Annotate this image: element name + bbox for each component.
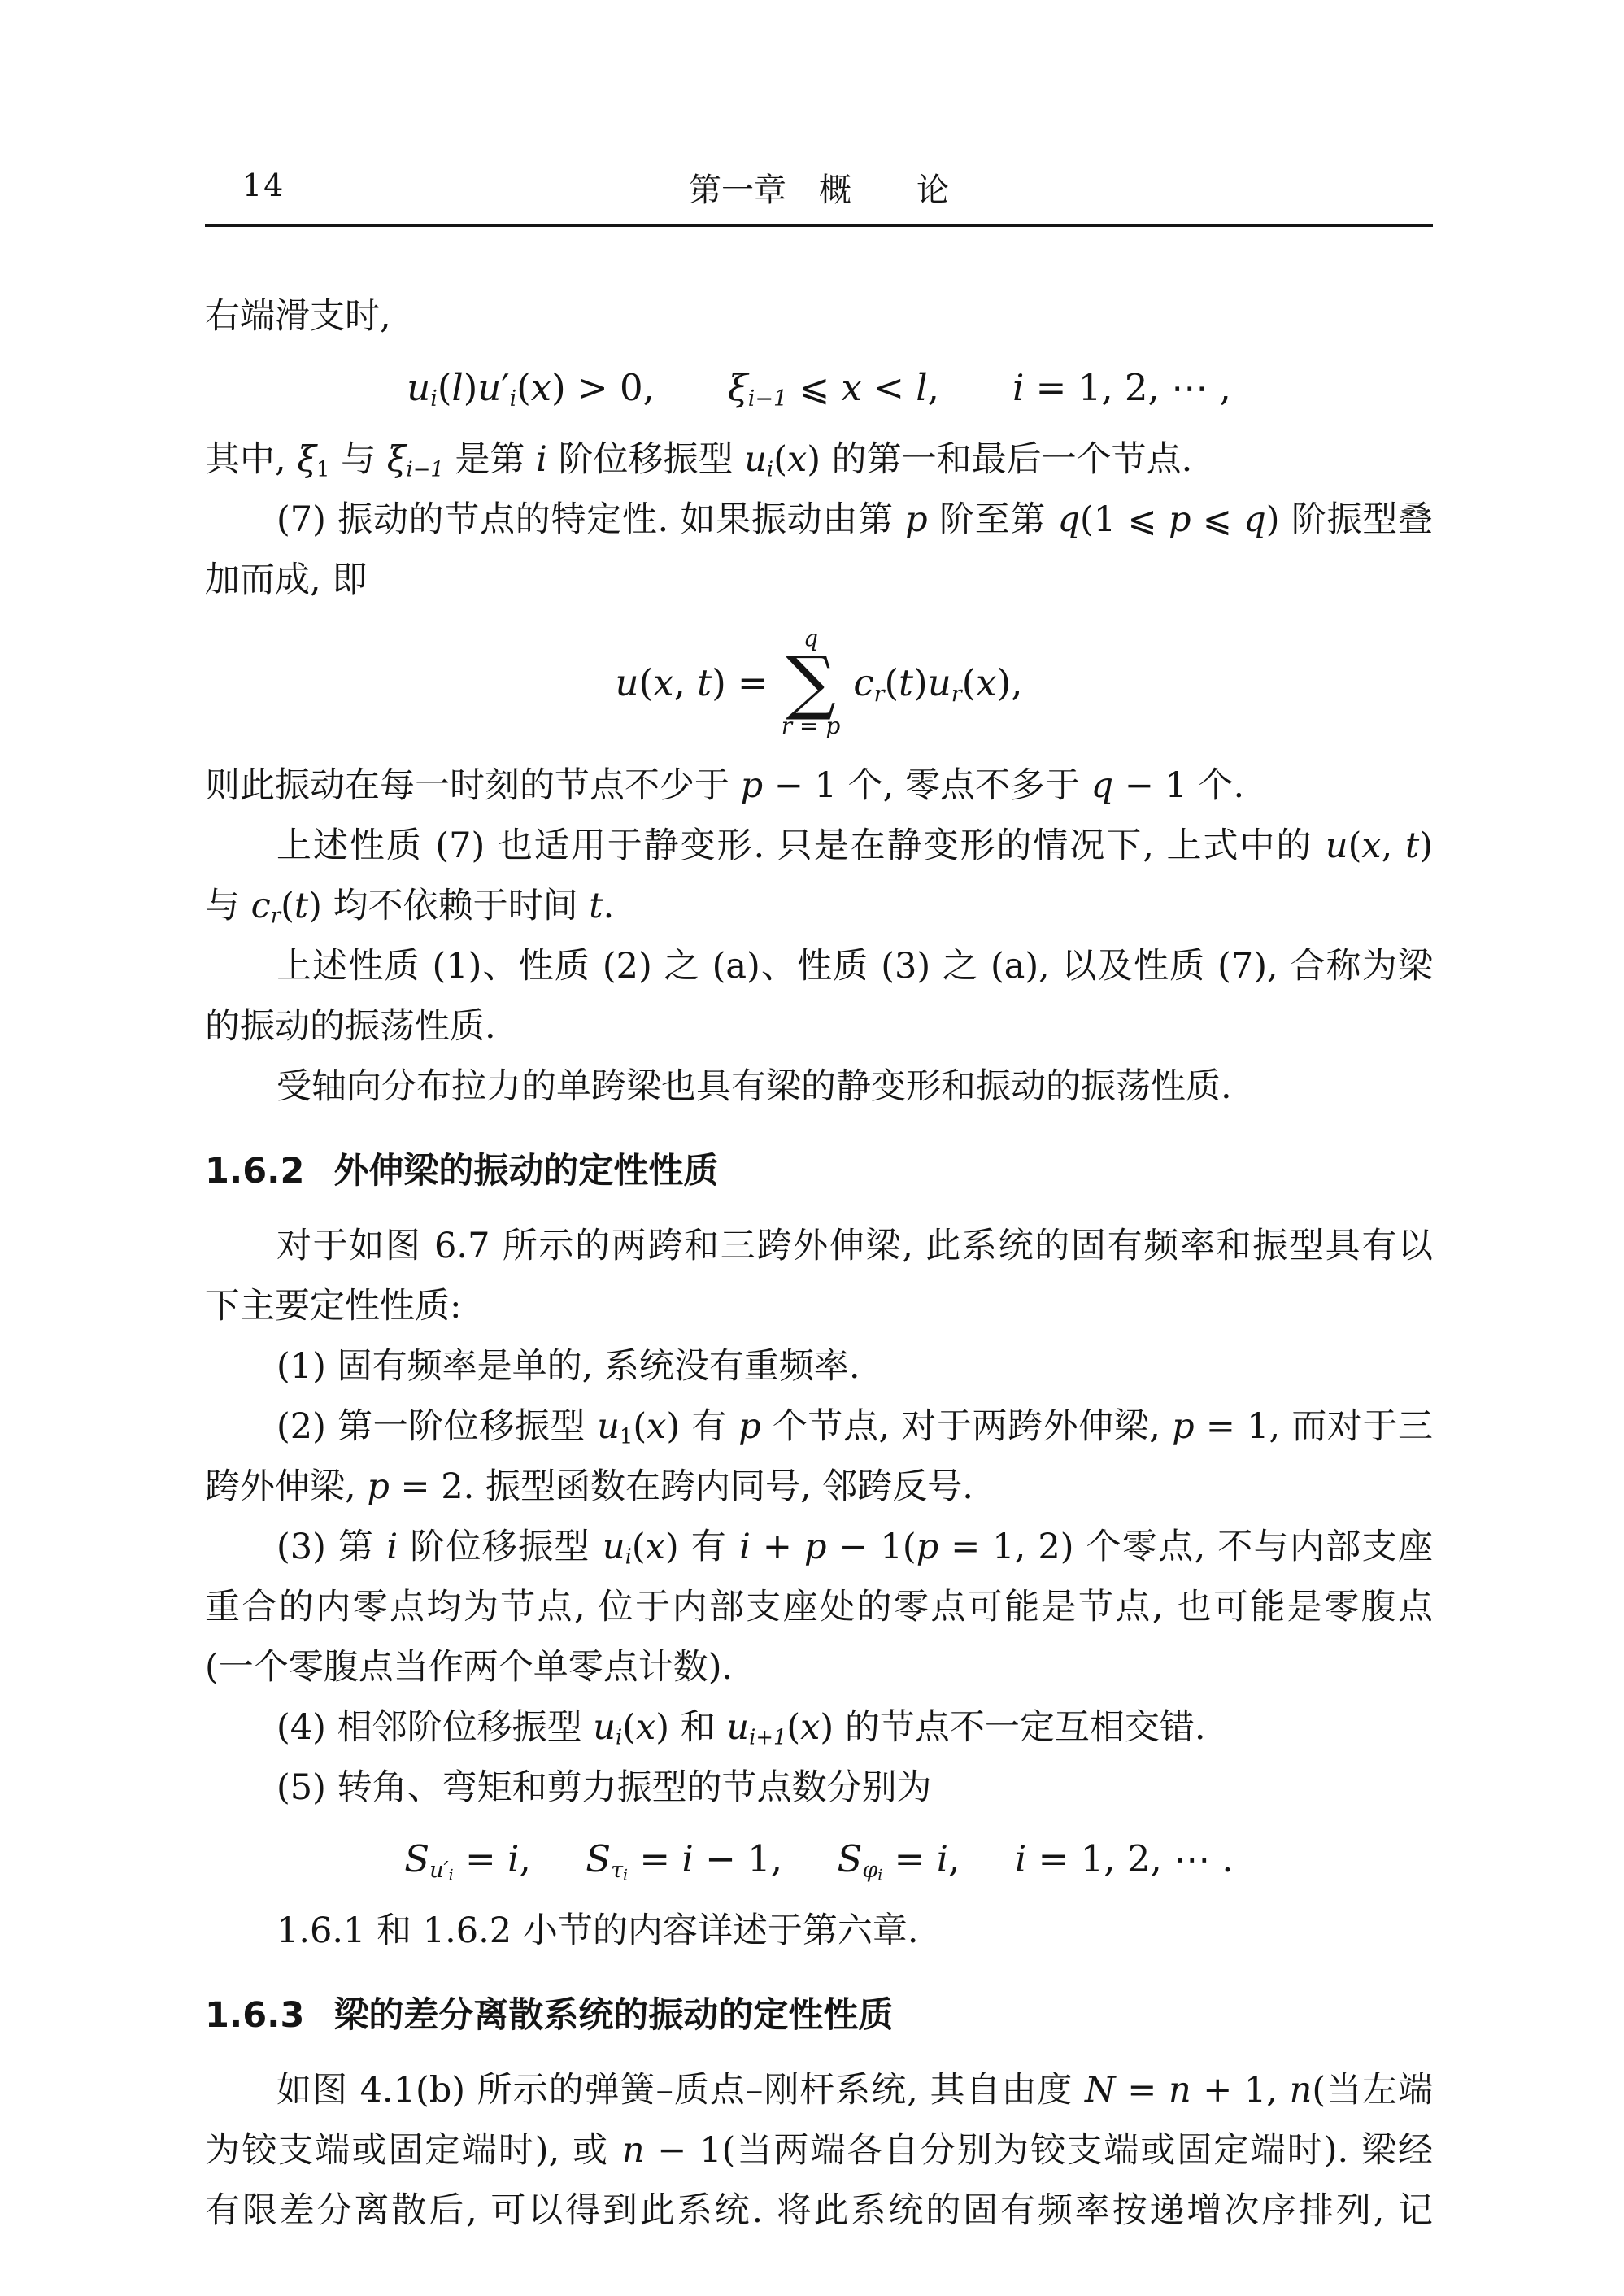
text-run: 阶位移振型 [547,439,744,480]
text-run: 的振动的振荡性质. [205,1006,496,1047]
text-run: u [477,366,501,409]
text-run: ξ [728,366,748,409]
text-run: 右端滑支时, [205,296,391,337]
text-run: i [739,1527,751,1567]
text-run: ( [1348,826,1362,866]
text-run: ) [820,1707,834,1748]
text-run: 和 [669,1707,726,1748]
text-line: 上述性质 (7) 也适用于静变形. 只是在静变形的情况下, 上式中的 u(x, … [205,816,1433,876]
text-run: . 振型函数在跨内同号, 邻跨反号. [464,1466,973,1507]
text-run: q [1243,499,1266,540]
text-run: = [454,1837,507,1880]
text-line: 右端滑支时, [205,286,1433,346]
text-line: (4) 相邻阶位移振型 ui(x) 和 ui+1(x) 的节点不一定互相交错. [205,1697,1433,1758]
text-run: 如图 4.1(b) 所示的弹簧–质点–刚杆系统, 其自由度 [276,2070,1085,2111]
section-title: 外伸梁的振动的定性性质 [333,1151,718,1192]
text-run: p [905,499,928,540]
text-run: (5) 转角、弯矩和剪力振型的节点数分别为 [276,1767,932,1808]
text-run: i+1 [749,1725,786,1749]
text-run: t [1405,826,1419,866]
text-line: 上述性质 (1)、性质 (2) 之 (a)、性质 (3) 之 (a), 以及性质… [205,936,1433,996]
text-line: (1) 固有频率是单的, 系统没有重频率. [205,1336,1433,1396]
text-run: (2) 第一阶位移振型 [276,1406,597,1447]
text-run: 个. [1187,765,1244,806]
text-run: x [1361,826,1381,866]
text-run: , [928,366,939,409]
text-run: , [1382,826,1405,866]
section-title: 梁的差分离散系统的振动的定性性质 [333,1995,893,2036]
text-run: (4) 相邻阶位移振型 [276,1707,593,1748]
text-run: 1 [620,1424,633,1449]
text-run: i [616,1725,622,1749]
text-run: u [744,439,767,480]
text-run: ) > 0, [551,366,655,409]
text-run: 的节点不一定互相交错. [834,1707,1205,1748]
text-run: r [782,712,792,739]
text-run: i−1 [406,457,443,481]
text-run: = 1, 2) [938,1527,1073,1567]
text-run: ) [665,1527,679,1567]
text-run: 与 [205,886,251,926]
text-run: r [271,904,281,928]
text-run: p [1169,499,1191,540]
sigma-symbol: ∑ [786,651,835,714]
text-run: ⩽ [787,366,841,409]
text-run: (3) 第 [276,1527,386,1567]
text-run: , [948,1837,1015,1880]
text-run: 是第 [444,439,536,480]
text-run: u [616,661,639,704]
text-run: ) [1266,499,1280,540]
text-run: 与 [329,439,386,480]
content: 右端滑支时,ui(l)u′i(x) > 0, ξi−1 ⩽ x < l, i =… [205,286,1433,2241]
text-run: p [825,712,840,739]
chapter-title: 第一章 概 论 [205,164,1433,211]
text-run: + [751,1527,804,1567]
text-run: r [951,681,962,706]
text-run: ( [639,661,654,704]
text-run: 重合的内零点均为节点, 位于内部支座处的零点可能是节点, 也可能是零腹点 [205,1587,1433,1627]
text-run: u [928,661,951,704]
text-run: S [586,1837,611,1880]
text-run: c [251,886,271,926]
text-run: x [976,661,996,704]
text-run: t [589,886,603,926]
text-run: x [531,366,551,409]
text-run: u [593,1707,616,1748]
text-run: . [603,886,615,926]
text-run: 上述性质 (1)、性质 (2) 之 (a)、性质 (3) 之 (a), 以及性质… [276,946,1433,987]
text-run: < [862,366,916,409]
text-run: = 1 [1195,1406,1269,1447]
text-run: r [874,681,885,706]
text-run: = 2 [390,1466,464,1507]
text-run: p [741,765,764,806]
text-run: (7) 振动的节点的特定性. 如果振动由第 [276,499,905,540]
text-run: = [628,1837,681,1880]
text-run: p [804,1527,827,1567]
text-run: ( [516,366,531,409]
text-run: i [386,1527,398,1567]
text-run: i [1012,366,1024,409]
text-run: p [916,1527,939,1567]
text-run: (1 ⩽ [1080,499,1169,540]
text-line: (5) 转角、弯矩和剪力振型的节点数分别为 [205,1758,1433,1818]
text-run: 1.6.1 和 1.6.2 小节的内容详述于第六章. [276,1910,919,1951]
text-run: u [597,1406,620,1447]
text-run: i [430,386,438,412]
text-run: 个零点, 不与内部支座 [1073,1527,1433,1567]
text-run: 上述性质 (7) 也适用于静变形. 只是在静变形的情况下, 上式中的 [276,826,1326,866]
text-run [655,366,728,409]
text-run: x [646,1527,665,1567]
display-formula: u(x, t) = q∑r = pcr(t)ur(x), [205,626,1433,739]
text-run: 对于如图 6.7 所示的两跨和三跨外伸梁, 此系统的固有频率和振型具有以 [276,1226,1433,1266]
text-run: = [792,712,825,739]
text-run: i−1 [748,386,787,412]
text-run: 阶位移振型 [398,1527,603,1567]
text-run: 个, 零点不多于 [837,765,1091,806]
text-run: n [1290,2070,1313,2111]
text-run: ( [773,439,787,480]
text-run [939,366,1012,409]
text-run: i [625,1544,632,1569]
text-run: = 1, 2, ⋯ . [1026,1837,1233,1880]
running-head: 14 第一章 概 论 [205,164,1433,227]
text-run: ( [622,1707,636,1748]
text-line: (3) 第 i 阶位移振型 ui(x) 有 i + p − 1(p = 1, 2… [205,1517,1433,1577]
text-run: q [1058,499,1081,540]
text-run: u [726,1707,749,1748]
summation: q∑r = p [782,626,841,739]
text-run: x [787,439,807,480]
text-run: u′ [429,1858,449,1883]
text-run: ( [962,661,977,704]
text-run: 加而成, 即 [205,560,367,600]
text-run: , 而对于三 [1269,1406,1433,1447]
text-run: 其中, [205,439,297,480]
text-run: 受轴向分布拉力的单跨梁也具有梁的静变形和振动的振荡性质. [276,1066,1232,1107]
text-run: ( [281,886,294,926]
text-line: 下主要定性性质: [205,1276,1433,1336]
text-run: ), [997,661,1023,704]
text-run: , [673,661,697,704]
text-run: (一个零腹点当作两个单零点计数). [205,1647,733,1688]
text-run: 跨外伸梁, [205,1466,367,1507]
text-run: − 1, [694,1837,838,1880]
text-line: (一个零腹点当作两个单零点计数). [205,1637,1433,1697]
section-number: 1.6.3 [205,1995,304,2036]
text-run: ) = [712,661,768,704]
text-line: 受轴向分布拉力的单跨梁也具有梁的静变形和振动的振荡性质. [205,1057,1433,1117]
text-run: p [1172,1406,1195,1447]
text-run: p [738,1406,761,1447]
text-run: t [294,886,308,926]
text-run: (1) 固有频率是单的, 系统没有重频率. [276,1346,860,1387]
text-run: 有 [679,1527,739,1567]
text-line: 的振动的振荡性质. [205,996,1433,1057]
text-run: 个节点, 对于两跨外伸梁, [761,1406,1172,1447]
text-line: 与 cr(t) 均不依赖于时间 t. [205,876,1433,936]
text-run: u [603,1527,625,1567]
text-run: n [1169,2070,1191,2111]
text-line: 对于如图 6.7 所示的两跨和三跨外伸梁, 此系统的固有频率和振型具有以 [205,1216,1433,1276]
text-run: ) [666,1406,680,1447]
text-run: ξ [387,439,407,480]
text-line: 加而成, 即 [205,550,1433,610]
text-run: = [882,1837,936,1880]
text-run: t [899,661,913,704]
text-run: + 1 [1191,2070,1267,2111]
text-run: = 1, 2, ⋯ , [1024,366,1230,409]
text-run: ) [655,1707,669,1748]
text-run: u [1326,826,1348,866]
text-run: 1 [316,457,329,481]
formula-left: u(x, t) = [616,663,768,704]
text-line: 其中, ξ1 与 ξi−1 是第 i 阶位移振型 ui(x) 的第一和最后一个节… [205,429,1433,490]
text-run: ⩽ [1191,499,1243,540]
text-run: ) [308,886,322,926]
text-run: i [510,386,517,412]
text-run: 有 [680,1406,738,1447]
text-run: 为铰支端或固定端时), 或 [205,2130,622,2171]
text-run: u [407,366,430,409]
formula-right: cr(t)ur(x), [853,663,1022,704]
section-heading: 1.6.3梁的差分离散系统的振动的定性性质 [205,1985,1433,2045]
text-line: 则此振动在每一时刻的节点不少于 p − 1 个, 零点不多于 q − 1 个. [205,756,1433,816]
text-run: i [507,1837,519,1880]
text-run: ) [807,439,821,480]
text-line: (7) 振动的节点的特定性. 如果振动由第 p 阶至第 q(1 ⩽ p ⩽ q)… [205,490,1433,550]
text-run: i [767,457,773,481]
text-run: t [697,661,712,704]
text-run: x [647,1406,666,1447]
text-run: S [404,1837,429,1880]
text-run: ( [884,661,899,704]
text-run: 则此振动在每一时刻的节点不少于 [205,765,741,806]
text-run: i [937,1837,948,1880]
text-line: 为铰支端或固定端时), 或 n − 1(当两端各自分别为铰支端或固定端时). 梁… [205,2120,1433,2181]
text-run: 的第一和最后一个节点. [821,439,1192,480]
text-run: − 1 [763,765,837,806]
text-run: p [367,1466,390,1507]
text-run: l [916,366,927,409]
display-formula: ui(l)u′i(x) > 0, ξi−1 ⩽ x < l, i = 1, 2,… [205,358,1433,418]
display-formula: Su′i = i, Sτi = i − 1, Sφi = i, i = 1, 2… [205,1829,1433,1889]
text-run: 有限差分离散后, 可以得到此系统. 将此系统的固有频率按递增次序排列, 记 [205,2190,1433,2231]
text-run: l [451,366,463,409]
text-run: c [853,661,873,704]
text-run: ) [1419,826,1433,866]
section-number: 1.6.2 [205,1151,304,1192]
text-run: (当左端 [1312,2070,1433,2111]
text-run: ′ [501,366,509,409]
text-line: 如图 4.1(b) 所示的弹簧–质点–刚杆系统, 其自由度 N = n + 1,… [205,2060,1433,2120]
text-run: x [636,1707,655,1748]
text-run: N [1085,2070,1116,2111]
section-heading: 1.6.2外伸梁的振动的定性性质 [205,1141,1433,1201]
text-run: τ [611,1858,623,1883]
text-run: ) [913,661,928,704]
text-run: ( [633,1406,647,1447]
text-line: 有限差分离散后, 可以得到此系统. 将此系统的固有频率按递增次序排列, 记 [205,2181,1433,2241]
text-run: − 1 [1113,765,1187,806]
text-run: ( [632,1527,646,1567]
text-run: φ [862,1858,877,1883]
text-run: = [1116,2070,1169,2111]
text-line: 重合的内零点均为节点, 位于内部支座处的零点可能是节点, 也可能是零腹点 [205,1577,1433,1637]
text-run: 下主要定性性质: [205,1286,462,1327]
sum-lower-limit: r = p [782,714,841,739]
text-run: ) [464,366,478,409]
text-run: x [842,366,862,409]
text-line: (2) 第一阶位移振型 u1(x) 有 p 个节点, 对于两跨外伸梁, p = … [205,1396,1433,1457]
text-run: x [653,661,673,704]
text-run: (当两端各自分别为铰支端或固定端时). 梁经 [721,2130,1433,2171]
text-run: 均不依赖于时间 [322,886,589,926]
text-run: q [1091,765,1114,806]
book-page: 14 第一章 概 论 右端滑支时,ui(l)u′i(x) > 0, ξi−1 ⩽… [0,0,1624,2296]
text-run: 阶至第 [928,499,1058,540]
text-run: n [622,2130,645,2171]
text-run: 阶振型叠 [1280,499,1433,540]
text-run: i [681,1837,693,1880]
text-run: ( [438,366,452,409]
text-run: − 1 [645,2130,722,2171]
text-line: 跨外伸梁, p = 2. 振型函数在跨内同号, 邻跨反号. [205,1457,1433,1517]
page-number: 14 [242,168,285,203]
text-run: i [1015,1837,1026,1880]
text-run: S [838,1837,863,1880]
text-run: − 1( [826,1527,916,1567]
text-run: i [536,439,547,480]
text-line: 1.6.1 和 1.6.2 小节的内容详述于第六章. [205,1901,1433,1961]
text-run: , [519,1837,586,1880]
text-run: , [1266,2070,1289,2111]
text-run: x [800,1707,820,1748]
text-run: ξ [297,439,316,480]
text-run: ( [786,1707,800,1748]
